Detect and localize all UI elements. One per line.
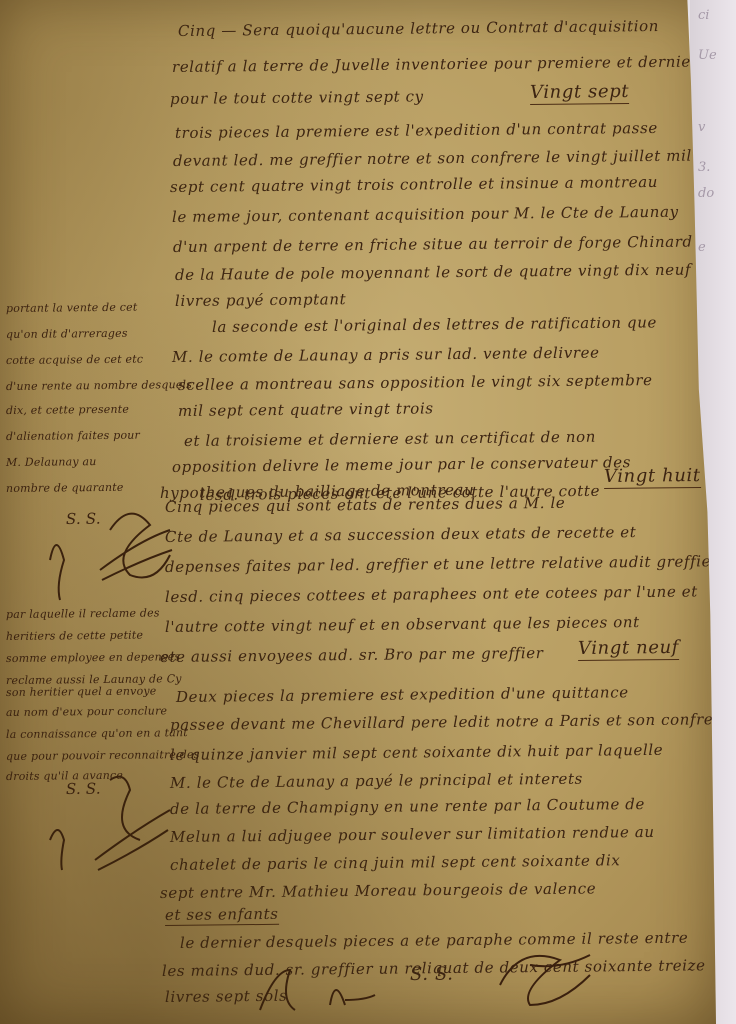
text-line: hypotheques du bailliage de montreau xyxy=(160,481,475,502)
text-line: livres sept sols xyxy=(165,987,288,1006)
margin-note: heritiers de cette petite xyxy=(6,629,143,643)
margin-note: d'une rente au nombre desquels xyxy=(6,378,192,393)
text-line: depenses faites par led. greffier et une… xyxy=(165,552,719,576)
text-line: Cinq — Sera quoiqu'aucune lettre ou Cont… xyxy=(178,17,659,40)
margin-note: reclame aussi le Launay de Cy xyxy=(6,672,182,687)
ghost-text: e xyxy=(698,240,706,255)
margin-note: portant la vente de cet xyxy=(6,301,138,315)
text-line: passee devant me Chevillard pere ledit n… xyxy=(170,710,731,734)
text-line: M. le comte de Launay a pris sur lad. ve… xyxy=(172,344,600,366)
text-line: ete aussi envoyees aud. sr. Bro par me g… xyxy=(160,644,544,666)
text-line: scellee a montreau sans opposition le vi… xyxy=(178,371,653,394)
margin-note: d'alienation faites pour xyxy=(6,429,140,443)
text-line: devant led. me greffier notre et son con… xyxy=(173,147,692,170)
text-line: pour le tout cotte vingt sept cy xyxy=(170,87,424,108)
cote-number: Vingt huit xyxy=(604,465,701,489)
margin-initials: S. S. xyxy=(66,510,101,528)
margin-note: son heritier quel a envoye xyxy=(6,684,157,699)
text-line: sept entre Mr. Mathieu Moreau bourgeois … xyxy=(160,879,596,902)
margin-note: que pour pouvoir reconnaitre des xyxy=(6,748,200,763)
ghost-text: ci xyxy=(698,8,709,23)
text-line: M. le Cte de Launay a payé le principal … xyxy=(170,770,583,792)
text-line: trois pieces la premiere est l'expeditio… xyxy=(175,119,658,142)
margin-note: la connaissance qu'on en a tant xyxy=(6,726,188,741)
margin-note: somme employee en depenses xyxy=(6,650,180,665)
text-line: le meme jour, contenant acquisition pour… xyxy=(172,203,679,226)
text-line: et ses enfants xyxy=(165,905,279,926)
text-line: d'un arpent de terre en friche situe au … xyxy=(173,233,693,256)
margin-note: dix, et cette presente xyxy=(6,403,129,417)
text-line: le quinze janvier mil sept cent soixante… xyxy=(170,741,663,764)
text-line: et la troisieme et derniere est un certi… xyxy=(184,428,596,450)
bottom-initials: S. S. xyxy=(410,964,454,985)
cote-number: Vingt sept xyxy=(530,81,629,105)
text-line: chatelet de paris le cinq juin mil sept … xyxy=(170,851,621,874)
signature-flourish-icon xyxy=(490,945,600,1015)
text-line: lesd. trois pieces ont ete l'une cotte l… xyxy=(200,482,600,504)
text-line: la seconde est l'original des lettres de… xyxy=(212,313,657,336)
margin-note: au nom d'eux pour conclure xyxy=(6,704,167,719)
ghost-text: do xyxy=(698,186,714,201)
margin-note: par laquelle il reclame des xyxy=(6,606,160,621)
text-line: relatif a la terre de Juvelle inventorie… xyxy=(172,52,708,76)
signature-flourish-icon xyxy=(250,950,380,1020)
margin-note: nombre de quarante xyxy=(6,481,124,495)
text-line: opposition delivre le meme jour par le c… xyxy=(172,453,631,476)
text-line: sept cent quatre vingt trois controlle e… xyxy=(170,173,658,196)
paraphe-flourish-icon xyxy=(40,760,180,880)
text-line: Melun a lui adjugee pour soulever sur li… xyxy=(170,823,655,846)
ghost-text: 3. xyxy=(698,160,710,175)
ghost-text: Ue xyxy=(698,48,717,63)
text-line: lesd. cinq pieces cottees et paraphees o… xyxy=(165,582,698,606)
margin-note: cotte acquise de cet etc xyxy=(6,353,143,367)
text-line: de la Haute de pole moyennant le sort de… xyxy=(175,261,691,284)
margin-initials: S. S. xyxy=(66,780,101,798)
text-line: de la terre de Champigny en une rente pa… xyxy=(170,795,645,818)
text-line: Cte de Launay et a sa succession deux et… xyxy=(165,523,637,546)
text-line: Cinq pieces qui sont etats de rentes due… xyxy=(165,494,565,516)
text-line: le dernier desquels pieces a ete paraphe… xyxy=(180,929,688,952)
ghost-text: v xyxy=(698,120,705,135)
text-line: mil sept cent quatre vingt trois xyxy=(178,399,434,420)
text-line: livres payé comptant xyxy=(175,290,346,310)
paraphe-flourish-icon xyxy=(40,500,180,610)
margin-note: qu'on dit d'arrerages xyxy=(6,327,128,341)
margin-note: droits qu'il a avance xyxy=(6,769,123,783)
margin-note: M. Delaunay au xyxy=(6,455,97,469)
text-line: l'autre cotte vingt neuf et en observant… xyxy=(165,613,640,636)
text-line: Deux pieces la premiere est expedition d… xyxy=(176,683,629,706)
text-line: les mains dud. sr. greffier un reliquat … xyxy=(162,956,706,980)
manuscript-page: Cinq — Sera quoiqu'aucune lettre ou Cont… xyxy=(0,0,716,1024)
cote-number: Vingt neuf xyxy=(578,637,679,661)
